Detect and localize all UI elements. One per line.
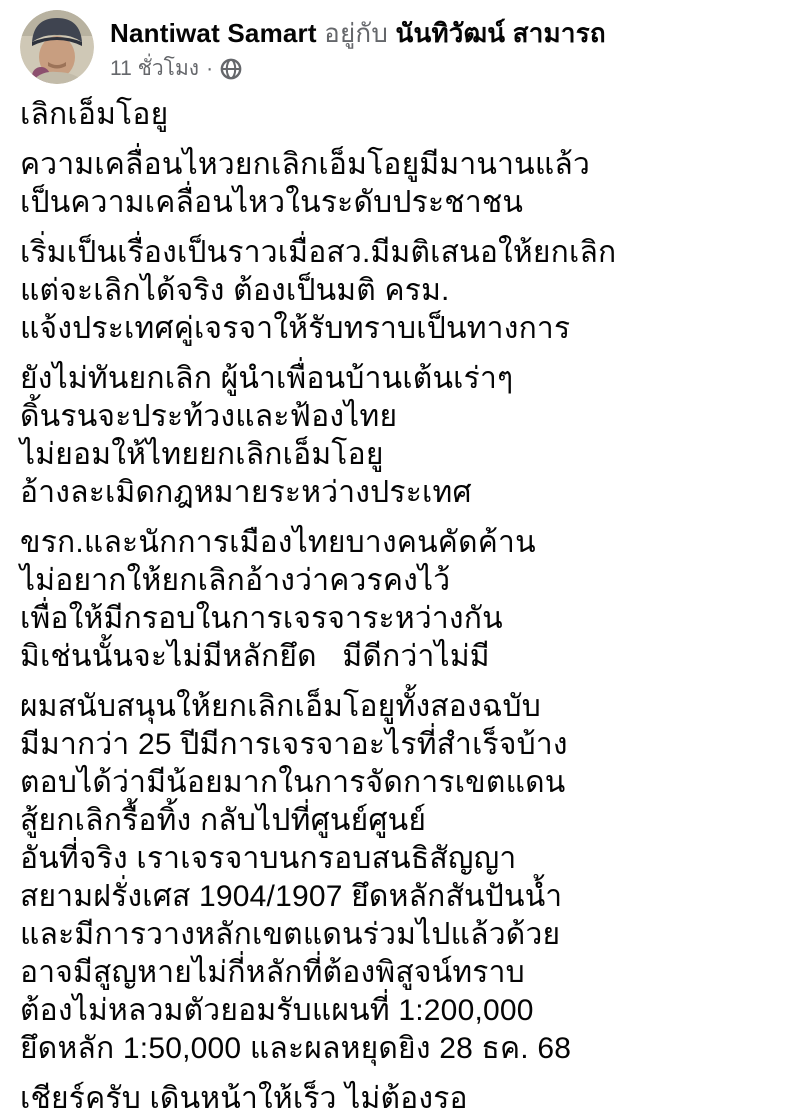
post-paragraph: ผมสนับสนุนให้ยกเลิกเอ็มโอยูทั้งสองฉบับ ม…: [20, 688, 780, 1068]
post-meta: 11 ชั่วโมง ·: [110, 56, 606, 82]
post-paragraph: เชียร์ครับ เดินหน้าให้เร็ว ไม่ต้องรอ: [20, 1080, 780, 1113]
post-body: เลิกเอ็มโอยู ความเคลื่อนไหวยกเลิกเอ็มโอย…: [0, 84, 800, 1113]
facebook-post: Nantiwat Samart อยู่กับ นันทิวัฒน์ สามาร…: [0, 0, 800, 1113]
post-paragraph: ขรก.และนักการเมืองไทยบางคนคัดค้าน ไม่อยา…: [20, 524, 780, 676]
globe-icon: [220, 58, 242, 80]
tagged-name-link[interactable]: นันทิวัฒน์ สามารถ: [396, 18, 606, 48]
timestamp-link[interactable]: 11 ชั่วโมง: [110, 56, 199, 82]
post-header-text: Nantiwat Samart อยู่กับ นันทิวัฒน์ สามาร…: [110, 10, 606, 82]
meta-separator: ·: [206, 56, 213, 82]
avatar[interactable]: [20, 10, 94, 84]
author-name-link[interactable]: Nantiwat Samart: [110, 18, 317, 48]
post-byline: Nantiwat Samart อยู่กับ นันทิวัฒน์ สามาร…: [110, 16, 606, 50]
post-paragraph: เริ่มเป็นเรื่องเป็นราวเมื่อสว.มีมติเสนอใ…: [20, 234, 780, 348]
post-paragraph: เลิกเอ็มโอยู: [20, 96, 780, 134]
post-paragraph: ยังไม่ทันยกเลิก ผู้นำเพื่อนบ้านเต้นเร่าๆ…: [20, 360, 780, 512]
byline-connector-text: อยู่กับ: [324, 18, 388, 48]
post-paragraph: ความเคลื่อนไหวยกเลิกเอ็มโอยูมีมานานแล้ว …: [20, 146, 780, 222]
post-header: Nantiwat Samart อยู่กับ นันทิวัฒน์ สามาร…: [0, 0, 800, 84]
avatar-image: [20, 10, 94, 84]
